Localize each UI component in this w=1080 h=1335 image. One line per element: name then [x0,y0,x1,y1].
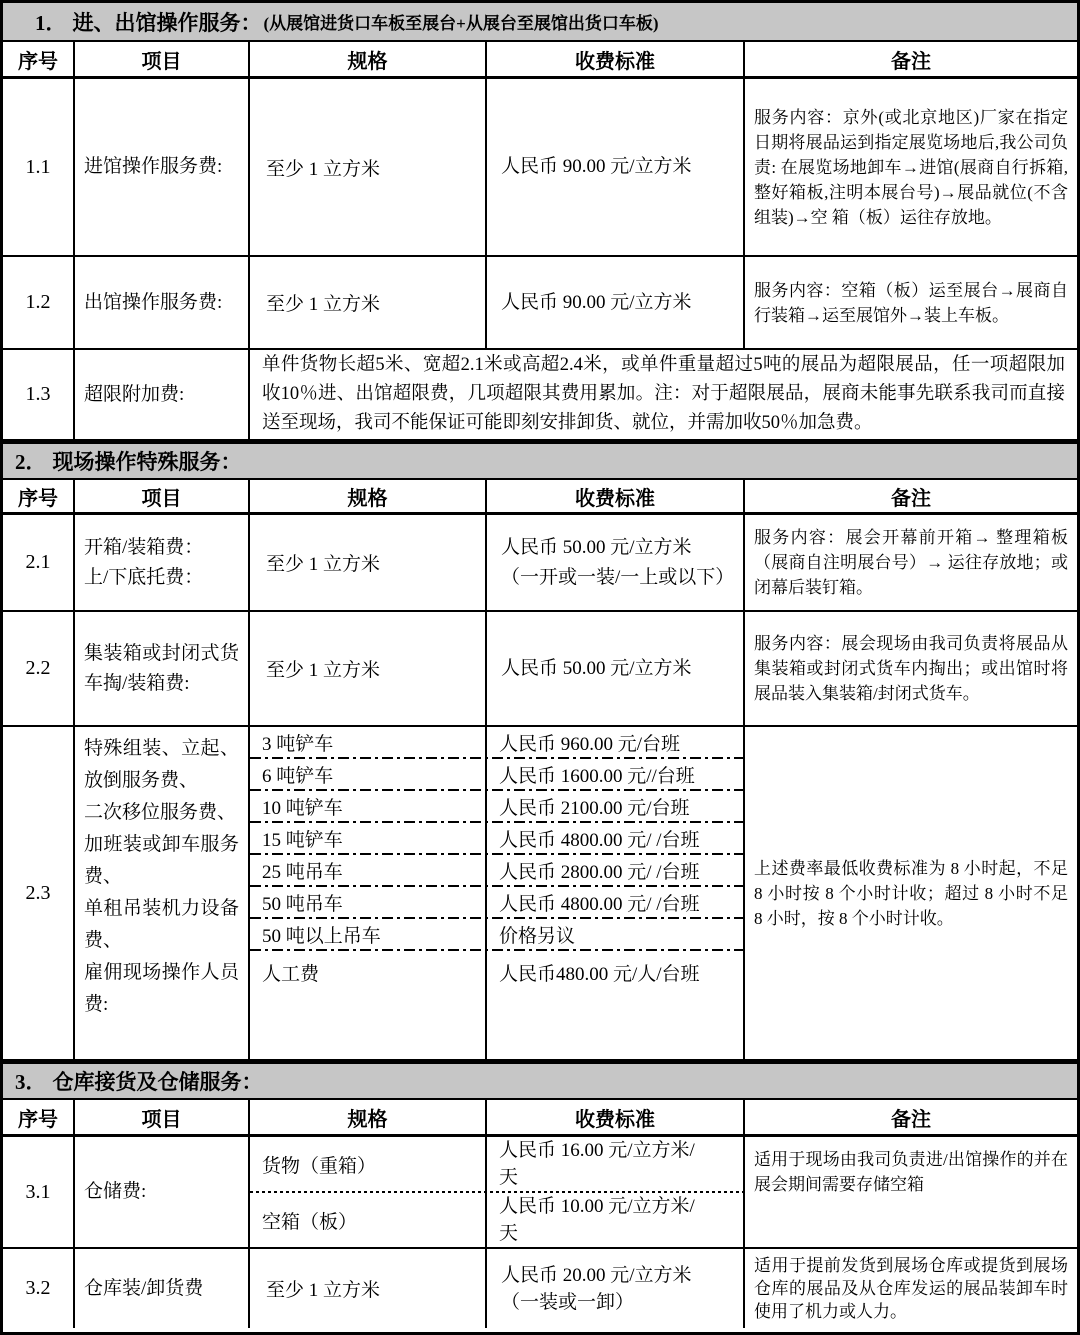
col-header-seq: 序号 [3,480,75,512]
price-table-document: 1． 进、出馆操作服务： (从展馆进货口车板至展台+从展台至展馆出货口车板) 序… [0,0,1080,1335]
subrow-goods-heavy-case: 货物（重箱） 人民币 16.00 元/立方米/ 天 [250,1137,743,1191]
table-row-1-3: 1.3 超限附加费: 单件货物长超5米、宽超2.1米或高超2.4米，或单件重量超… [3,350,1077,441]
cell-spec: 至少 1 立方米 [250,612,487,725]
table-row-2-3: 2.3 特殊组装、立起、放倒服务费、 二次移位服务费、 加班装或卸车服务费、 单… [3,727,1077,1061]
cell-spec: 至少 1 立方米 [250,1249,487,1328]
cell-merged-note: 单件货物长超5米、宽超2.1米或高超2.4米，或单件重量超过5吨的展品为超限展品… [250,350,1077,439]
col-header-item: 项目 [75,480,250,512]
col-header-fee: 收费标准 [487,1100,745,1134]
section-2-title: 现场操作特殊服务： [53,446,242,476]
table-row-3-2: 3.2 仓库装/卸货费 至少 1 立方米 人民币 20.00 元/立方米 （一装… [3,1249,1077,1328]
col-header-fee: 收费标准 [487,42,745,76]
sub-spec: 50 吨以上吊车 [250,919,487,949]
col-header-item: 项目 [75,1100,250,1134]
section-3-number: 3． [15,1066,47,1096]
sub-fee: 人民币 960.00 元/台班 [487,727,745,757]
sub-spec: 50 吨吊车 [250,887,487,917]
cell-seq: 3.2 [3,1249,75,1328]
cell-seq: 2.2 [3,612,75,725]
cell-item: 仓储费: [75,1137,250,1247]
sub-fee: 人民币 4800.00 元/ /台班 [487,823,745,853]
table-row-2-1: 2.1 开箱/装箱费： 上/下底托费： 至少 1 立方米 人民币 50.00 元… [3,515,1077,612]
sub-spec: 人工费 [250,951,487,993]
cell-fee: 人民币 50.00 元/立方米 （一开或一装/一上或以下） [487,515,745,610]
subrow-crane-50t: 50 吨吊车 人民币 4800.00 元/ /台班 [250,887,743,917]
sub-spec: 3 吨铲车 [250,727,487,757]
section-2-header-row: 序号 项目 规格 收费标准 备注 [3,480,1077,515]
sub-fee: 人民币480.00 元/人/台班 [487,951,745,993]
subrow-forklift-15t: 15 吨铲车 人民币 4800.00 元/ /台班 [250,823,743,853]
col-header-spec: 规格 [250,42,487,76]
section-3-title-bar: 3． 仓库接货及仓储服务： [3,1061,1077,1100]
cell-seq: 1.3 [3,350,75,439]
subrow-empty-case: 空箱（板） 人民币 10.00 元/立方米/ 天 [250,1193,743,1247]
subrow-forklift-3t: 3 吨铲车 人民币 960.00 元/台班 [250,727,743,757]
cell-item: 仓库装/卸货费 [75,1249,250,1328]
section-3-title: 仓库接货及仓储服务： [53,1066,263,1096]
table-row-1-2: 1.2 出馆操作服务费: 至少 1 立方米 人民币 90.00 元/立方米 服务… [3,257,1077,350]
cell-fee: 人民币 20.00 元/立方米 （一装或一卸） [487,1249,745,1328]
cell-seq: 2.3 [3,727,75,1059]
cell-remark: 上述费率最低收费标准为 8 小时起，不足 8 小时按 8 个小时计收；超过 8 … [745,727,1077,1059]
cell-seq: 1.2 [3,257,75,348]
sub-fee: 人民币 16.00 元/立方米/ 天 [487,1137,745,1191]
section-3-header-row: 序号 项目 规格 收费标准 备注 [3,1100,1077,1137]
cell-storage-subtable: 货物（重箱） 人民币 16.00 元/立方米/ 天 空箱（板） 人民币 10.0… [250,1137,745,1247]
subrow-crane-over-50t: 50 吨以上吊车 价格另议 [250,919,743,949]
section-2-title-bar: 2． 现场操作特殊服务： [3,441,1077,480]
subrow-forklift-10t: 10 吨铲车 人民币 2100.00 元/台班 [250,791,743,821]
sub-spec: 15 吨铲车 [250,823,487,853]
sub-fee: 价格另议 [487,919,745,949]
col-header-item: 项目 [75,42,250,76]
cell-fee: 人民币 90.00 元/立方米 [487,79,745,255]
col-header-remark: 备注 [745,1100,1077,1134]
cell-item: 进馆操作服务费: [75,79,250,255]
sub-fee: 人民币 4800.00 元/ /台班 [487,887,745,917]
subrow-labor-fee: 人工费 人民币480.00 元/人/台班 [250,951,743,993]
col-header-seq: 序号 [3,1100,75,1134]
col-header-remark: 备注 [745,480,1077,512]
col-header-spec: 规格 [250,480,487,512]
cell-seq: 2.1 [3,515,75,610]
subrow-crane-25t: 25 吨吊车 人民币 2800.00 元/ /台班 [250,855,743,885]
section-2-number: 2． [15,446,47,476]
col-header-fee: 收费标准 [487,480,745,512]
cell-spec: 至少 1 立方米 [250,79,487,255]
table-row-2-2: 2.2 集装箱或封闭式货车掏/装箱费: 至少 1 立方米 人民币 50.00 元… [3,612,1077,727]
sub-spec: 货物（重箱） [250,1137,487,1191]
sub-fee: 人民币 1600.00 元//台班 [487,759,745,789]
cell-fee: 人民币 90.00 元/立方米 [487,257,745,348]
cell-seq: 3.1 [3,1137,75,1247]
cell-seq: 1.1 [3,79,75,255]
sub-fee: 人民币 2800.00 元/ /台班 [487,855,745,885]
cell-item: 集装箱或封闭式货车掏/装箱费: [75,612,250,725]
cell-equipment-subtable: 3 吨铲车 人民币 960.00 元/台班 6 吨铲车 人民币 1600.00 … [250,727,745,1059]
cell-item: 开箱/装箱费： 上/下底托费： [75,515,250,610]
cell-spec: 至少 1 立方米 [250,515,487,610]
subrow-forklift-6t: 6 吨铲车 人民币 1600.00 元//台班 [250,759,743,789]
section-1-header-row: 序号 项目 规格 收费标准 备注 [3,42,1077,79]
subrow-filler [250,993,743,1059]
cell-remark: 服务内容：京外(或北京地区)厂家在指定日期将展品运到指定展览场地后,我公司负责:… [745,79,1077,255]
section-1-number: 1． [35,7,67,37]
cell-item: 超限附加费: [75,350,250,439]
sub-spec: 10 吨铲车 [250,791,487,821]
sub-fee-empty [487,993,745,1059]
sub-spec: 25 吨吊车 [250,855,487,885]
cell-remark: 服务内容：空箱（板）运至展台→展商自行装箱→运至展馆外→装上车板。 [745,257,1077,348]
section-1-title-bar: 1． 进、出馆操作服务： (从展馆进货口车板至展台+从展台至展馆出货口车板) [3,3,1077,42]
sub-fee: 人民币 2100.00 元/台班 [487,791,745,821]
cell-remark: 适用于提前发货到展场仓库或提货到展场仓库的展品及从仓库发运的展品装卸车时使用了机… [745,1249,1077,1328]
cell-fee: 人民币 50.00 元/立方米 [487,612,745,725]
table-row-3-1: 3.1 仓储费: 货物（重箱） 人民币 16.00 元/立方米/ 天 空箱（板）… [3,1137,1077,1249]
col-header-remark: 备注 [745,42,1077,76]
cell-item: 特殊组装、立起、放倒服务费、 二次移位服务费、 加班装或卸车服务费、 单租吊装机… [75,727,250,1059]
section-1-title-note: (从展馆进货口车板至展台+从展台至展馆出货口车板) [264,9,659,34]
sub-spec-empty [250,993,487,1059]
cell-item: 出馆操作服务费: [75,257,250,348]
cell-remark: 适用于现场由我司负责进/出馆操作的并在展会期间需要存储空箱 [745,1137,1077,1247]
sub-spec: 空箱（板） [250,1193,487,1247]
cell-spec: 至少 1 立方米 [250,257,487,348]
cell-remark: 服务内容：展会开幕前开箱→ 整理箱板（展商自注明展台号）→ 运往存放地；或闭幕后… [745,515,1077,610]
table-row-1-1: 1.1 进馆操作服务费: 至少 1 立方米 人民币 90.00 元/立方米 服务… [3,79,1077,257]
col-header-seq: 序号 [3,42,75,76]
cell-remark: 服务内容：展会现场由我司负责将展品从集装箱或封闭式货车内掏出；或出馆时将展品装入… [745,612,1077,725]
sub-spec: 6 吨铲车 [250,759,487,789]
col-header-spec: 规格 [250,1100,487,1134]
section-1-title: 进、出馆操作服务： [73,7,262,37]
sub-fee: 人民币 10.00 元/立方米/ 天 [487,1193,745,1247]
